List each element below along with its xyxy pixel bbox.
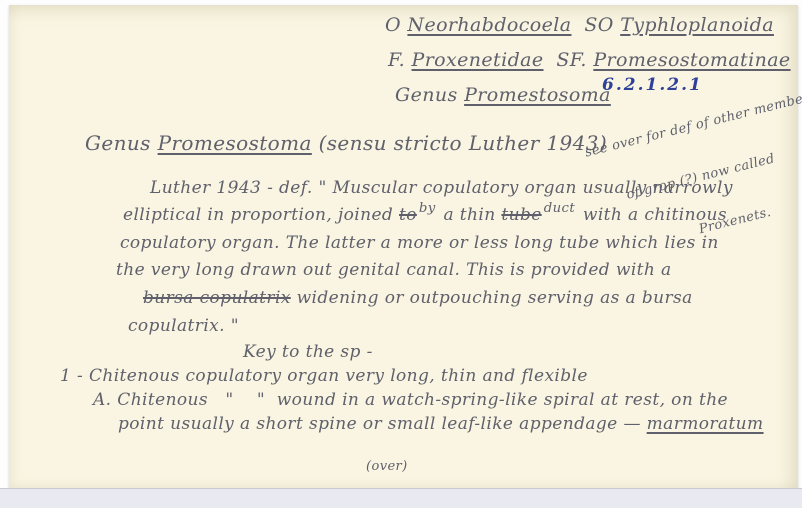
genus-name-header: Promestosoma (464, 84, 611, 106)
definition-line-1: Luther 1943 - def. " Muscular copulatory… (150, 179, 733, 198)
header-line-order: O Neorhabdocoela SO Typhloplanoida (385, 15, 774, 36)
definition-line-4: the very long drawn out genital canal. T… (116, 261, 672, 280)
def-l2-mid: a thin (438, 205, 502, 225)
family-name: Proxenetidae (412, 49, 544, 71)
suborder-prefix: SO (571, 14, 620, 36)
scanned-index-card: O Neorhabdocoela SO Typhloplanoida F. Pr… (0, 0, 802, 508)
species-name-marmoratum: marmoratum (647, 414, 764, 434)
key-title: Key to the sp - (243, 343, 373, 362)
def-l2-struck-tube: tube (501, 205, 541, 225)
definition-line-6: copulatrix. " (128, 317, 239, 336)
key-item3-text: point usually a short spine or small lea… (118, 414, 647, 434)
heading-suffix: (sensu stricto Luther 1943) (312, 131, 607, 155)
header-line-genus: Genus Promestosoma (395, 85, 611, 106)
header-line-family: F. Proxenetidae SF. Promesostomatinae (388, 50, 791, 71)
definition-line-5: bursa copulatrix widening or outpouching… (143, 289, 693, 308)
over-note: (over) (366, 460, 408, 474)
definition-line-3: copulatory organ. The latter a more or l… (120, 234, 719, 253)
suborder-name: Typhloplanoida (620, 14, 774, 36)
key-item-1a-continued: point usually a short spine or small lea… (118, 415, 764, 434)
def-l2-correction-duct: duct (544, 202, 575, 217)
definition-line-2: elliptical in proportion, joined toby a … (123, 206, 727, 225)
def-l5-struck-bursa-copulatrix: bursa copulatrix (143, 288, 291, 308)
def-l2-struck-word: to (399, 205, 417, 225)
scanner-background-strip (0, 488, 802, 508)
key-item-1: 1 - Chitenous copulatory organ very long… (60, 367, 588, 386)
subfamily-prefix: SF. (544, 49, 594, 71)
main-heading: Genus Promesostoma (sensu stricto Luther… (85, 132, 607, 154)
def-l2-pre: elliptical in proportion, joined (123, 205, 399, 225)
order-name: Neorhabdocoela (407, 14, 571, 36)
def-l2-correction-by: by (419, 202, 436, 217)
family-prefix: F. (388, 49, 412, 71)
genus-prefix: Genus (395, 84, 464, 106)
key-item-1a: A. Chitenous " " wound in a watch-spring… (93, 391, 728, 410)
heading-genus-prefix: Genus (85, 131, 158, 155)
heading-genus-name: Promesostoma (158, 131, 312, 155)
def-l5-post: widening or outpouching serving as a bur… (291, 288, 693, 308)
order-prefix: O (385, 14, 407, 36)
def-l2-post: with a chitinous (577, 205, 727, 225)
